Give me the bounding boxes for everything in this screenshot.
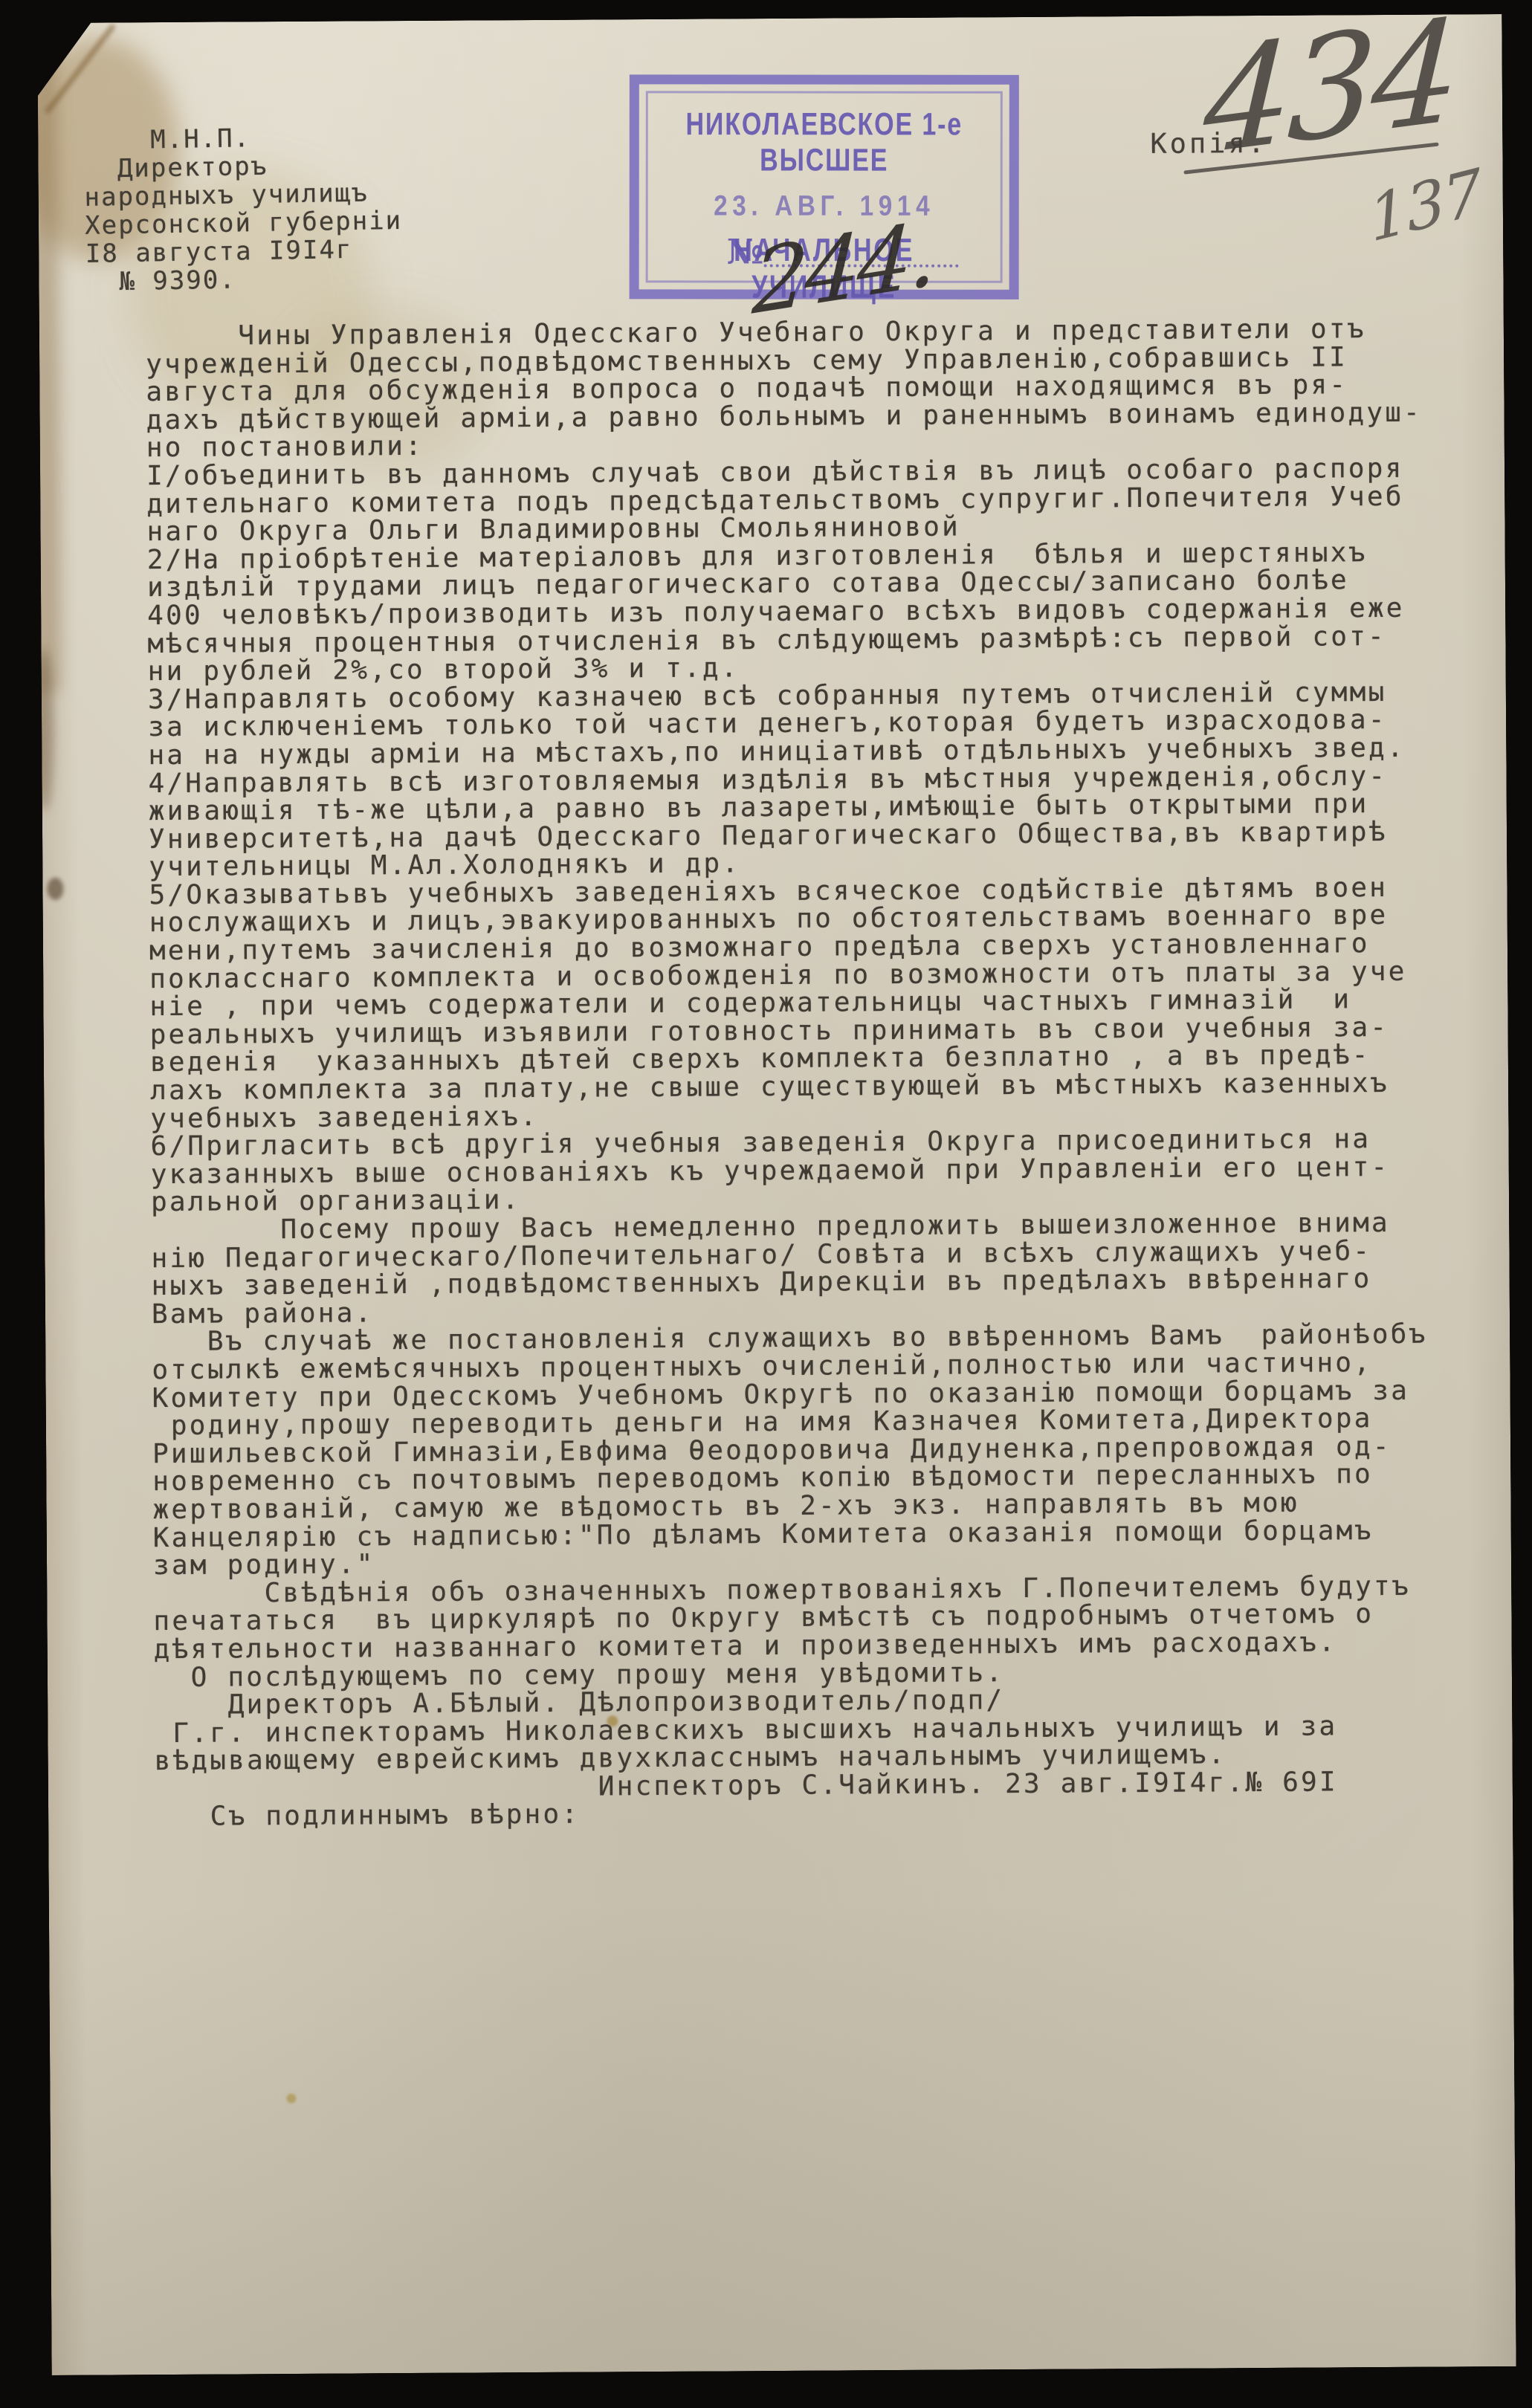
- letterhead: М.Н.П. Директоръ народныхъ училищъ Херсо…: [83, 122, 404, 297]
- stamp-date: 23. АВГ. 1914: [648, 190, 1000, 222]
- handwritten-number-137: 137: [1365, 155, 1484, 256]
- handwritten-number-434: 434: [1200, 0, 1459, 187]
- corner-fold-edge: [44, 23, 117, 115]
- scan-background: { "page": { "background_color": "#0b0a08…: [0, 0, 1532, 2408]
- speck-left-margin: [47, 878, 63, 900]
- receiving-stamp: НИКОЛАЕВСКОЕ 1-е ВЫСШЕЕ 23. АВГ. 1914 НА…: [630, 74, 1019, 299]
- stain-left-edge: [31, 23, 60, 692]
- document-body-text: Чины Управленія Одесскаго Учебнаго Округ…: [146, 315, 1431, 1832]
- stamp-school-name-line1: НИКОЛАЕВСКОЕ 1-е ВЫСШЕЕ: [654, 106, 995, 178]
- document-page: М.Н.П. Директоръ народныхъ училищъ Херсо…: [37, 14, 1516, 2375]
- stain-left-edge-lower: [33, 647, 54, 811]
- speck-lower-left: [286, 2094, 296, 2103]
